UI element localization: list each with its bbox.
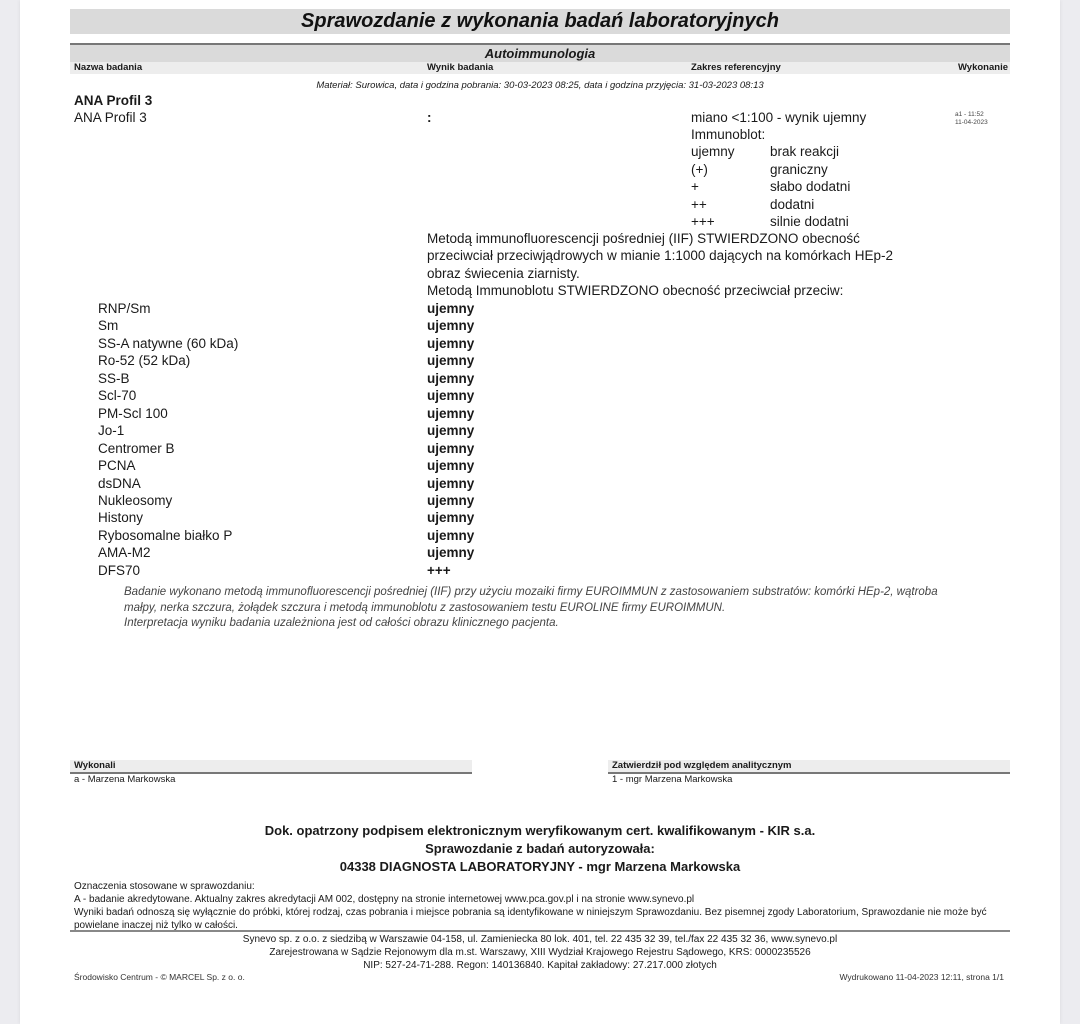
antigen-result: ujemny [427,441,474,456]
description-line: Metodą immunofluorescencji pośredniej (I… [427,231,860,246]
antigen-result: ujemny [427,336,474,351]
approved-by-value: 1 - mgr Marzena Markowska [612,774,732,785]
antigen-result: ujemny [427,388,474,403]
antigen-name: Ro-52 (52 kDa) [98,353,190,368]
description-line: obraz świecenia ziarnisty. [427,266,580,281]
description-line: przeciwciał przeciwjądrowych w mianie 1:… [427,248,893,263]
antigen-result: ujemny [427,476,474,491]
description-line: Metodą Immunoblotu STWIERDZONO obecność … [427,283,843,298]
execution-info: a1 - 11:52 11-04-2023 [955,111,988,127]
column-header-execution: Wykonanie [958,62,1008,74]
antigen-name: dsDNA [98,476,141,491]
antigen-name: AMA-M2 [98,545,151,560]
reference-line-1: miano <1:100 - wynik ujemny [691,110,866,125]
performed-by-value: a - Marzena Markowska [74,774,175,785]
reference-scale-code: + [691,179,699,194]
antigen-result: +++ [427,563,451,578]
reference-scale-code: ++ [691,197,707,212]
antigen-result: ujemny [427,423,474,438]
approved-by-label: Zatwierdził pod względem analitycznym [608,760,1010,774]
antigen-result: ujemny [427,545,474,560]
authorization-block: Dok. opatrzony podpisem elektronicznym w… [70,822,1010,876]
antigen-name: Scl-70 [98,388,136,403]
test-name: ANA Profil 3 [74,110,147,125]
reference-scale-code: (+) [691,162,708,177]
antigen-name: Jo-1 [98,423,124,438]
company-info: Synevo sp. z o.o. z siedzibą w Warszawie… [70,933,1010,972]
note-line: Interpretacja wyniku badania uzależniona… [124,616,559,632]
antigen-name: Centromer B [98,441,175,456]
column-header-name: Nazwa badania [74,62,142,74]
antigen-result: ujemny [427,406,474,421]
legend-block: Oznaczenia stosowane w sprawozdaniu: A -… [74,880,1014,932]
antigen-result: ujemny [427,353,474,368]
antigen-result: ujemny [427,318,474,333]
column-headers: Nazwa badania Wynik badania Zakres refer… [70,62,1010,74]
antigen-name: SS-A natywne (60 kDa) [98,336,238,351]
performed-by-label: Wykonali [70,760,472,774]
report-title: Sprawozdanie z wykonania badań laborator… [70,9,1010,34]
antigen-result: ujemny [427,371,474,386]
reference-scale-code: ujemny [691,144,735,159]
antigen-result: ujemny [427,493,474,508]
column-header-reference: Zakres referencyjny [691,62,781,74]
footer-left: Środowisko Centrum - © MARCEL Sp. z o. o… [74,972,245,982]
antigen-name: PCNA [98,458,136,473]
section-title: Autoimmunologia [70,43,1010,64]
note-line: małpy, nerka szczura, żołądek szczura i … [124,601,725,617]
reference-scale-meaning: brak reakcji [770,144,839,159]
antigen-name: Sm [98,318,118,333]
reference-scale-meaning: silnie dodatni [770,214,849,229]
test-result: : [427,110,432,125]
footer-divider [70,930,1010,932]
footer-right: Wydrukowano 11-04-2023 12:11, strona 1/1 [839,972,1004,982]
antigen-result: ujemny [427,528,474,543]
note-line: Badanie wykonano metodą immunofluorescen… [124,585,938,601]
antigen-name: Rybosomalne białko P [98,528,232,543]
antigen-result: ujemny [427,510,474,525]
report-page: Sprawozdanie z wykonania badań laborator… [20,0,1060,1024]
antigen-name: PM-Scl 100 [98,406,168,421]
reference-scale-code: +++ [691,214,715,229]
test-group-name: ANA Profil 3 [74,93,152,108]
antigen-name: DFS70 [98,563,140,578]
antigen-name: Histony [98,510,143,525]
antigen-result: ujemny [427,301,474,316]
reference-scale-meaning: graniczny [770,162,828,177]
antigen-result: ujemny [427,458,474,473]
reference-line-2: Immunoblot: [691,127,765,142]
reference-scale-meaning: dodatni [770,197,814,212]
antigen-name: Nukleosomy [98,493,172,508]
reference-scale-meaning: słabo dodatni [770,179,850,194]
material-info: Materiał: Surowica, data i godzina pobra… [70,80,1010,91]
antigen-name: SS-B [98,371,130,386]
antigen-name: RNP/Sm [98,301,151,316]
column-header-result: Wynik badania [427,62,493,74]
